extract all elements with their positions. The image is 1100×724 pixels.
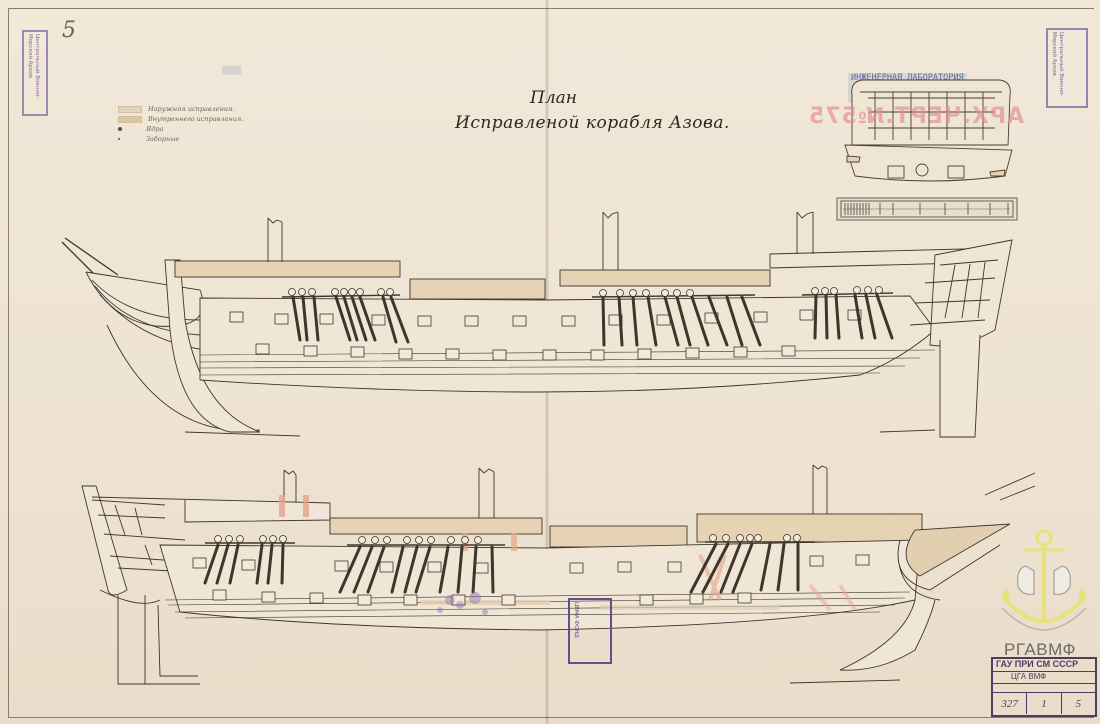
drawing-sheet: 5 План Исправленой корабля Азова. Наружн… — [0, 0, 1100, 724]
fond-number: 327 — [993, 693, 1027, 714]
ship-profile-upper — [62, 212, 1012, 437]
archive-stamp-center: ЦВМА ФОНД — [568, 598, 612, 664]
scale-bar — [837, 198, 1017, 220]
opis-number: 1 — [1027, 693, 1061, 714]
ship-profile-lower — [82, 465, 1035, 684]
stamp-subheader: ЦГА ВМФ — [993, 672, 1095, 684]
archive-reference-stamp: ГАУ ПРИ СМ СССР ЦГА ВМФ 327 1 5 — [991, 657, 1097, 717]
stern-view — [845, 80, 1012, 181]
delo-number: 5 — [1062, 693, 1095, 714]
stamp-header: ГАУ ПРИ СМ СССР — [993, 659, 1095, 672]
archive-number-stamp: АРХ.ЧЕРТ.№575 — [808, 104, 1024, 129]
anchor-logo-icon — [994, 526, 1094, 636]
